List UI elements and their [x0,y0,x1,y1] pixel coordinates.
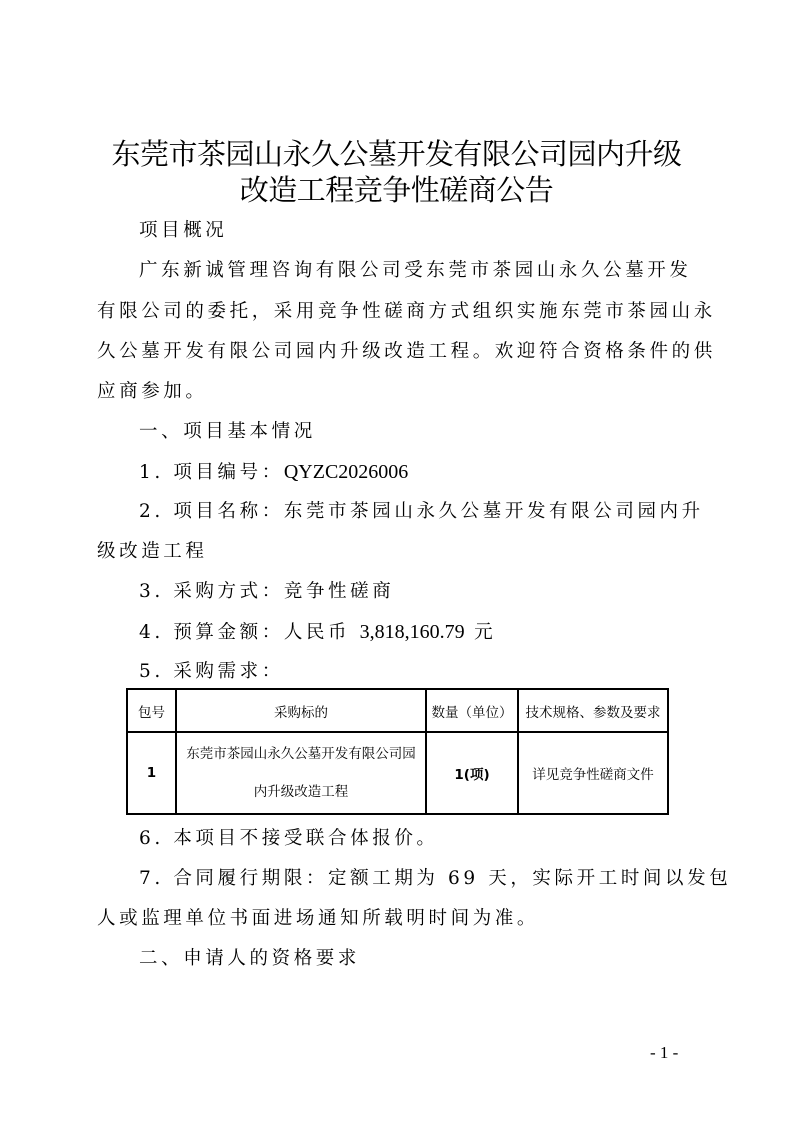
cell-quantity: 1(项) [426,732,518,814]
procurement-method-label: 3. 采购方式： [139,581,284,602]
overview-paragraph-line: 久公墓开发有限公司园内升级改造工程。欢迎符合资格条件的供 [97,339,716,365]
budget-unit: 元 [465,622,497,643]
table-row: 1 东莞市茶园山永久公墓开发有限公司园 内升级改造工程 1(项) 详见竞争性磋商… [127,732,668,814]
document-title-line-2: 改造工程竞争性磋商公告 [0,170,793,210]
procurement-needs-table: 包号 采购标的 数量（单位） 技术规格、参数及要求 1 东莞市茶园山永久公墓开发… [126,688,669,815]
cell-subject-line: 东莞市茶园山永久公墓开发有限公司园 [177,735,425,773]
project-name-value: 东莞市茶园山永久公墓开发有限公司园内升 [284,501,704,522]
overview-heading: 项目概况 [139,218,227,244]
project-number-label: 1. 项目编号： [139,462,284,483]
table-header-row: 包号 采购标的 数量（单位） 技术规格、参数及要求 [127,689,668,732]
cell-spec: 详见竞争性磋商文件 [518,732,668,814]
header-subject: 采购标的 [176,689,426,732]
header-quantity: 数量（单位） [426,689,518,732]
consortium-item: 6. 本项目不接受联合体报价。 [139,826,439,852]
overview-paragraph-line: 应商参加。 [97,379,208,405]
project-name-value-cont: 级改造工程 [97,539,208,565]
project-name-item: 2. 项目名称：东莞市茶园山永久公墓开发有限公司园内升 [139,499,704,525]
cell-package: 1 [127,732,176,814]
contract-period-item-cont: 人或监理单位书面进场通知所载明时间为准。 [97,906,539,932]
project-number-item: 1. 项目编号：QYZC2026006 [139,459,408,486]
overview-paragraph-line: 有限公司的委托，采用竞争性磋商方式组织实施东莞市茶园山永 [97,299,716,325]
procurement-method-value: 竞争性磋商 [284,581,395,602]
budget-item: 4. 预算金额：人民币 3,818,160.79 元 [139,619,496,646]
budget-currency: 人民币 [284,622,360,643]
procurement-method-item: 3. 采购方式：竞争性磋商 [139,579,394,605]
header-spec: 技术规格、参数及要求 [518,689,668,732]
procurement-needs-label: 5. 采购需求： [139,659,284,685]
budget-label: 4. 预算金额： [139,622,284,643]
page-number: - 1 - [650,1043,678,1063]
section-2-heading: 二、申请人的资格要求 [139,946,360,972]
cell-subject: 东莞市茶园山永久公墓开发有限公司园 内升级改造工程 [176,732,426,814]
header-package: 包号 [127,689,176,732]
budget-amount: 3,818,160.79 [360,621,465,643]
document-title-line-1: 东莞市茶园山永久公墓开发有限公司园内升级 [0,134,793,174]
contract-period-item: 7. 合同履行期限：定额工期为 69 天，实际开工时间以发包 [139,866,731,892]
project-number-value: QYZC2026006 [284,461,408,483]
overview-paragraph-line: 广东新诚管理咨询有限公司受东莞市茶园山永久公墓开发 [139,258,692,284]
section-1-heading: 一、项目基本情况 [139,419,316,445]
cell-subject-line: 内升级改造工程 [177,773,425,811]
project-name-label: 2. 项目名称： [139,501,284,522]
